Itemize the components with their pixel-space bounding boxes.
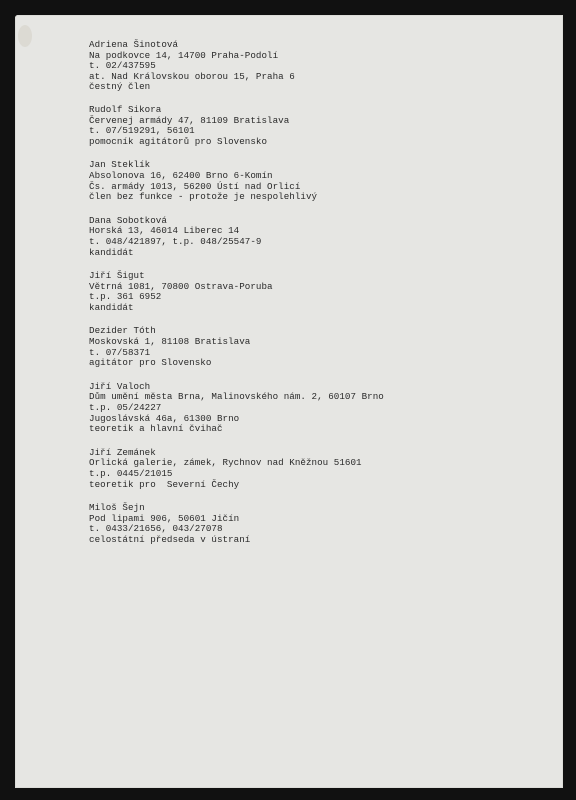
entry-line: pomocník agitátorů pro Slovensko	[89, 137, 384, 148]
entry-line: Absolonova 16, 62400 Brno 6-Komín	[89, 171, 384, 182]
entry-line: člen bez funkce - protože je nespolehliv…	[89, 192, 384, 203]
entry-sigut: Jiří Šigut Větrná 1081, 70800 Ostrava-Po…	[89, 271, 384, 313]
entry-valoch: Jiří Valoch Dům umění města Brna, Malino…	[89, 382, 384, 435]
entry-line: kandidát	[89, 248, 384, 259]
address-list: Adriena Šinotová Na podkovce 14, 14700 P…	[89, 40, 384, 559]
entry-sobotkova: Dana Sobotková Horská 13, 46014 Liberec …	[89, 216, 384, 258]
entry-name: Adriena Šinotová	[89, 40, 384, 51]
entry-sinotova: Adriena Šinotová Na podkovce 14, 14700 P…	[89, 40, 384, 93]
entry-name: Rudolf Sikora	[89, 105, 384, 116]
entry-toth: Dezider Tóth Moskovská 1, 81108 Bratisla…	[89, 326, 384, 368]
entry-line: t. 048/421897, t.p. 048/25547-9	[89, 237, 384, 248]
entry-line: celostátní předseda v ústraní	[89, 535, 384, 546]
entry-line: agitátor pro Slovensko	[89, 358, 384, 369]
entry-line: kandidát	[89, 303, 384, 314]
entry-steklik: Jan Steklík Absolonova 16, 62400 Brno 6-…	[89, 160, 384, 202]
entry-sikora: Rudolf Sikora Červenej armády 47, 81109 …	[89, 105, 384, 147]
entry-line: t.p. 0445/21015	[89, 469, 384, 480]
entry-line: čestný člen	[89, 82, 384, 93]
entry-line: teoretik a hlavní čvihač	[89, 424, 384, 435]
entry-line: teoretik pro Severní Čechy	[89, 480, 384, 491]
entry-zemanek: Jiří Zemánek Orlická galerie, zámek, Ryc…	[89, 448, 384, 490]
entry-sejn: Miloš Šejn Pod lipami 906, 50601 Jičín t…	[89, 503, 384, 545]
paper-stain	[18, 25, 32, 47]
